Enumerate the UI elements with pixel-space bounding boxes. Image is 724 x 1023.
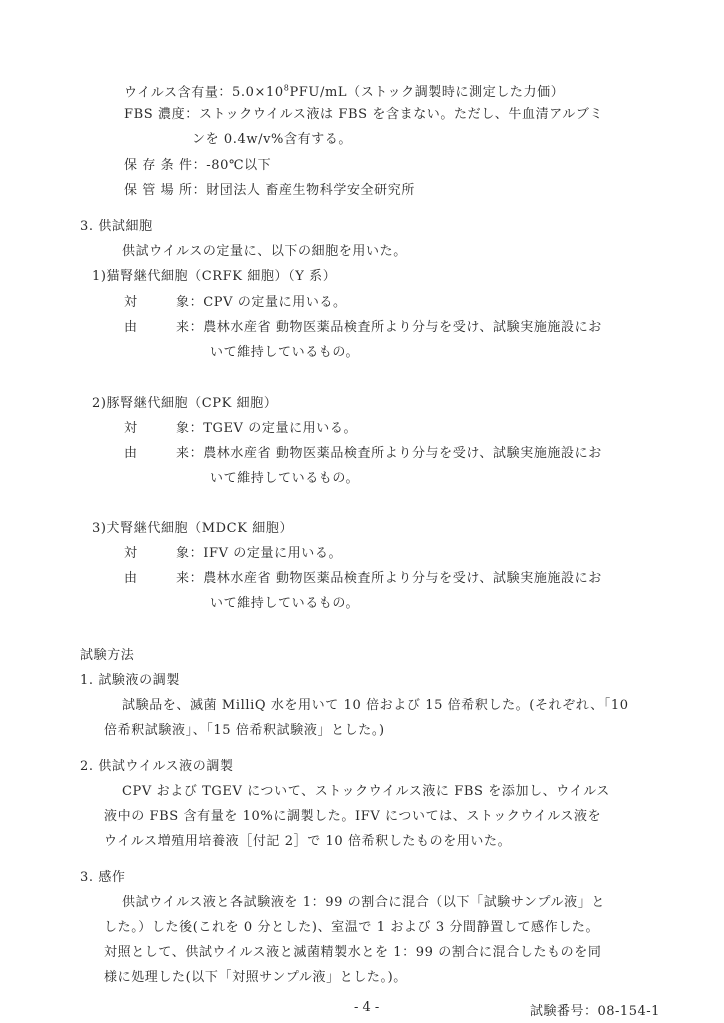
storage-condition-line: 保 存 条 件：-80℃以下 [124,157,271,175]
virus-content-value: ：5.0×108PFU/mL（ストック調製時に測定した力価） [218,85,564,100]
cell-origin-cpk-continued: いて維持しているもの。 [210,470,359,488]
cell-target-mdck: 対象：IFV の定量に用いる。 [124,545,342,563]
section-heading-test-cells: 3. 供試細胞 [80,218,153,236]
fbs-value-continued: ンを 0.4w/v%含有する。 [192,131,352,149]
section-intro: 供試ウイルスの定量に、以下の細胞を用いた。 [122,243,407,261]
storage-value: ：-80℃以下 [193,158,272,173]
fbs-label: FBS 濃度 [124,107,185,122]
cell-target-crfk: 対象：CPV の定量に用いる。 [124,294,347,312]
method-2-heading: 2. 供試ウイルス液の調製 [80,758,234,776]
method-3-line-4: 様に処理した(以下「対照サンプル液」とした。)。 [104,969,407,987]
cell-title-mdck: 3)犬腎継代細胞（MDCK 細胞） [92,520,293,538]
test-number: 試験番号：08-154-1 [530,1000,660,1019]
method-3-heading: 3. 感作 [80,869,126,887]
methods-heading: 試験方法 [80,647,134,665]
method-3-line-2: した。）した後(これを 0 分とした)、室温で 1 および 3 分間静置して感作… [104,919,599,937]
method-2-line-2: 液中の FBS 含有量を 10%に調製した。IFV については、ストックウイルス… [104,808,601,826]
method-2-line-3: ウイルス増殖用培養液［付記 2］で 10 倍希釈したものを用いた。 [104,833,511,851]
storage-location-line: 保 管 場 所：財団法人 畜産生物科学安全研究所 [124,182,415,200]
cell-origin-mdck: 由来：農林水産省 動物医薬品検査所より分与を受け、試験実施施設にお [124,570,602,588]
method-3-line-1: 供試ウイルス液と各試験液を 1：99 の割合に混合（以下「試験サンプル液」と [122,894,605,912]
fbs-concentration-line: FBS 濃度：ストックウイルス液は FBS を含まない。ただし、牛血清アルブミ [124,106,603,124]
location-value: ：財団法人 畜産生物科学安全研究所 [193,183,415,198]
method-1-line-2: 倍希釈試験液」、「15 倍希釈試験液」とした。) [104,722,385,740]
method-3-line-3: 対照として、供試ウイルス液と滅菌精製水とを 1：99 の割合に混合したものを同 [104,944,601,962]
method-1-heading: 1. 試験液の調製 [80,672,180,690]
method-2-line-1: CPV および TGEV について、ストックウイルス液に FBS を添加し、ウイ… [122,783,610,801]
cell-target-cpk: 対象：TGEV の定量に用いる。 [124,420,357,438]
cell-title-crfk: 1)猫腎継代細胞（CRFK 細胞）（Y 系） [92,268,336,286]
cell-origin-crfk-continued: いて維持しているもの。 [210,344,359,362]
fbs-value: ：ストックウイルス液は FBS を含まない。ただし、牛血清アルブミ [185,107,603,122]
cell-origin-mdck-continued: いて維持しているもの。 [210,595,359,613]
virus-content-line: ウイルス含有量：5.0×108PFU/mL（ストック調製時に測定した力価） [124,80,564,102]
cell-origin-crfk: 由来：農林水産省 動物医薬品検査所より分与を受け、試験実施施設にお [124,319,602,337]
page-number: - 4 - [354,1000,379,1015]
cell-origin-cpk: 由来：農林水産省 動物医薬品検査所より分与を受け、試験実施施設にお [124,445,602,463]
method-1-line-1: 試験品を、滅菌 MilliQ 水を用いて 10 倍および 15 倍希釈した。(そ… [122,697,629,715]
cell-title-cpk: 2)豚腎継代細胞（CPK 細胞） [92,395,277,413]
location-label: 保 管 場 所 [124,183,193,198]
storage-label: 保 存 条 件 [124,158,193,173]
virus-content-label: ウイルス含有量 [124,85,218,100]
